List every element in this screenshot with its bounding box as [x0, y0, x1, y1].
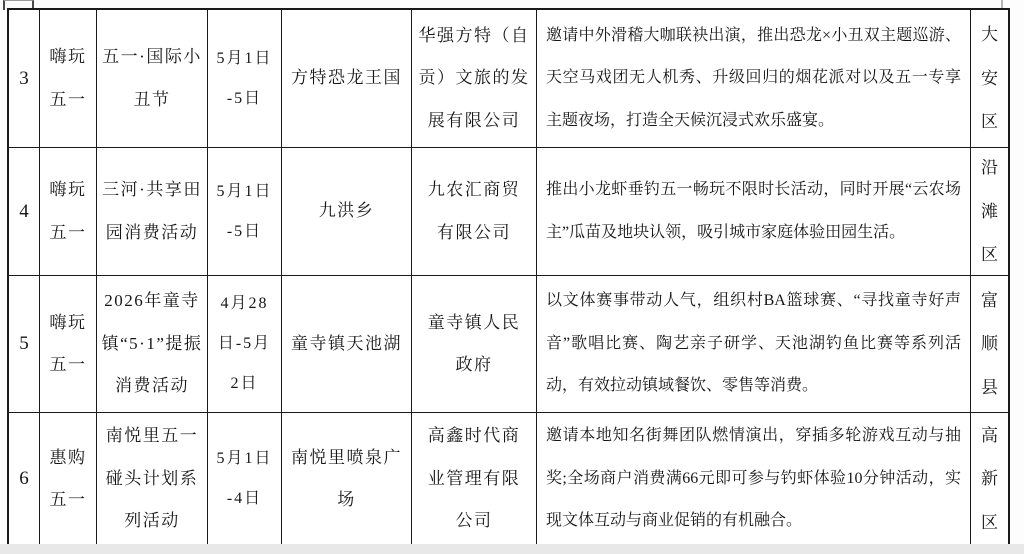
- cell-category: 嗨玩 五一: [40, 10, 97, 147]
- table-row-6: 6 惠购 五一 南悦里五一 碰头计划系 列活动 5月1日 -4日 南悦里喷泉广 …: [9, 413, 1008, 545]
- table-row-4: 4 嗨玩 五一 三河·共享田 园消费活动 5月1日 -5日 九洪乡 九农汇商贸 …: [9, 148, 1008, 276]
- description-text: 推出小龙虾垂钓五一畅玩不限时长活动，同时开展“云农场主”瓜苗及地块认领，吸引城市…: [546, 169, 961, 254]
- photo-edge-strip: [0, 544, 1024, 554]
- cell-date: 5月1日 -5日: [208, 10, 282, 147]
- cell-activity-name: 三河·共享田 园消费活动: [97, 148, 208, 275]
- cell-description: 邀请本地知名街舞团队燃情演出，穿插多轮游戏互动与抽奖;全场商户消费满66元即可参…: [537, 413, 971, 545]
- cell-description: 邀请中外滑稽大咖联袂出演，推出恐龙×小丑双主题巡游、天空马戏团无人机秀、升级回归…: [537, 10, 971, 147]
- cell-row-number: 6: [9, 413, 40, 545]
- cell-row-number: 4: [9, 148, 40, 275]
- cell-category: 惠购 五一: [40, 413, 97, 545]
- cell-district: 富 顺 县: [971, 276, 1008, 412]
- cell-district: 大 安 区: [971, 10, 1008, 147]
- document-page: 3 嗨玩 五一 五一·国际小 丑节 5月1日 -5日 方特恐龙王国 华强方特（自…: [0, 0, 1024, 554]
- table-row-3: 3 嗨玩 五一 五一·国际小 丑节 5月1日 -5日 方特恐龙王国 华强方特（自…: [9, 10, 1008, 148]
- cell-activity-name: 南悦里五一 碰头计划系 列活动: [97, 413, 208, 545]
- cell-district: 高 新 区: [971, 413, 1008, 545]
- cell-venue: 童寺镇天池湖: [282, 276, 412, 412]
- cell-description: 以文体赛事带动人气，组织村BA篮球赛、“寻找童寺好声音”歌唱比赛、陶艺亲子研学、…: [537, 276, 971, 412]
- cell-district: 沿 滩 区: [971, 148, 1008, 275]
- cell-row-number: 5: [9, 276, 40, 412]
- cell-row-number: 3: [9, 10, 40, 147]
- description-text: 邀请中外滑稽大咖联袂出演，推出恐龙×小丑双主题巡游、天空马戏团无人机秀、升级回归…: [546, 15, 961, 142]
- cell-venue: 九洪乡: [282, 148, 412, 275]
- cell-activity-name: 2026年童寺 镇“5·1”提振 消费活动: [97, 276, 208, 412]
- cell-date: 5月1日 -4日: [208, 413, 282, 545]
- cell-date: 5月1日 -5日: [208, 148, 282, 275]
- cell-description: 推出小龙虾垂钓五一畅玩不限时长活动，同时开展“云农场主”瓜苗及地块认领，吸引城市…: [537, 148, 971, 275]
- description-text: 邀请本地知名街舞团队燃情演出，穿插多轮游戏互动与抽奖;全场商户消费满66元即可参…: [546, 415, 961, 542]
- activities-table: 3 嗨玩 五一 五一·国际小 丑节 5月1日 -5日 方特恐龙王国 华强方特（自…: [7, 8, 1010, 547]
- cell-organizer: 九农汇商贸 有限公司: [412, 148, 537, 275]
- cell-date: 4月28 日-5月 2日: [208, 276, 282, 412]
- cell-venue: 方特恐龙王国: [282, 10, 412, 147]
- cell-category: 嗨玩 五一: [40, 148, 97, 275]
- description-text: 以文体赛事带动人气，组织村BA篮球赛、“寻找童寺好声音”歌唱比赛、陶艺亲子研学、…: [546, 280, 961, 407]
- cell-category: 嗨玩 五一: [40, 276, 97, 412]
- cell-organizer: 华强方特（自 贡）文旅的发 展有限公司: [412, 10, 537, 147]
- cell-activity-name: 五一·国际小 丑节: [97, 10, 208, 147]
- table-row-5: 5 嗨玩 五一 2026年童寺 镇“5·1”提振 消费活动 4月28 日-5月 …: [9, 276, 1008, 413]
- cell-venue: 南悦里喷泉广 场: [282, 413, 412, 545]
- cell-organizer: 童寺镇人民 政府: [412, 276, 537, 412]
- cell-organizer: 高鑫时代商 业管理有限 公司: [412, 413, 537, 545]
